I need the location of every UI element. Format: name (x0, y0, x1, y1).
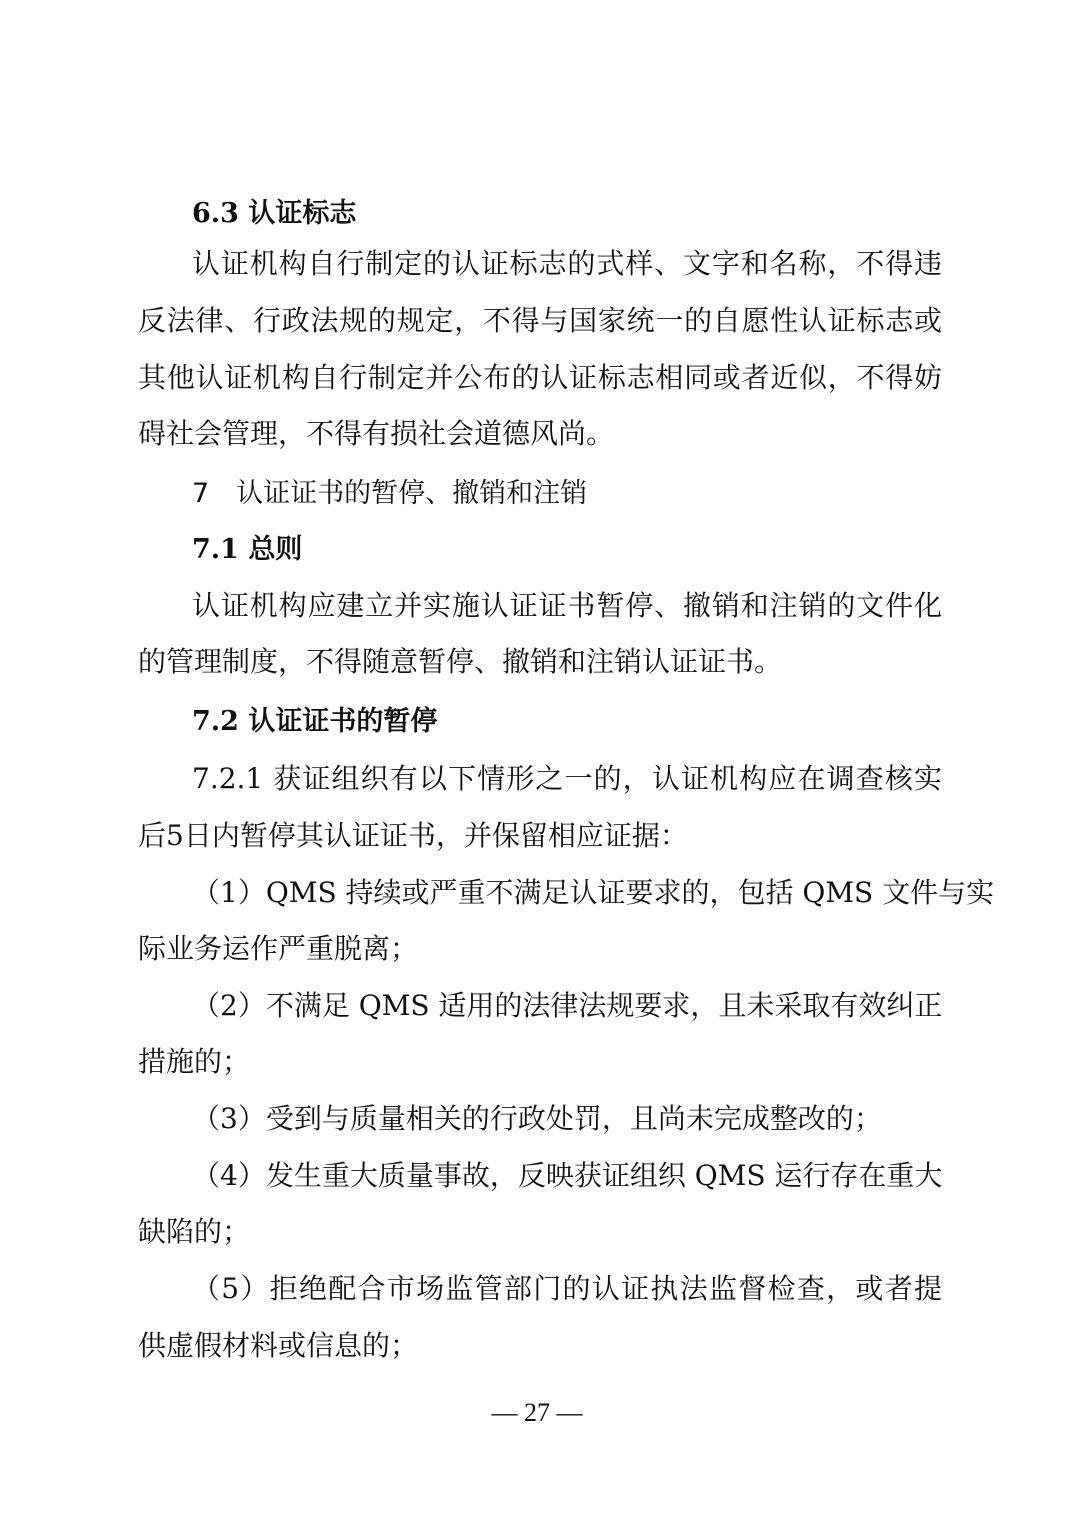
list-item-5: （5）拒绝配合市场监管部门的认证执法监督检查，或者提 (192, 1271, 942, 1307)
list-item-5-cont: 供虚假材料或信息的； (138, 1328, 942, 1364)
paragraph-line: 碍社会管理，不得有损社会道德风尚。 (138, 416, 942, 452)
paragraph-line: 认证机构应建立并实施认证证书暂停、撤销和注销的文件化 (192, 588, 942, 624)
list-item-1-cont: 际业务运作严重脱离； (138, 931, 942, 967)
list-item-4: （4）发生重大质量事故，反映获证组织 QMS 运行存在重大 (192, 1158, 942, 1194)
paragraph-line: 认证机构自行制定的认证标志的式样、文字和名称，不得违 (192, 246, 942, 282)
paragraph-line: 反法律、行政法规的规定，不得与国家统一的自愿性认证标志或 (138, 303, 942, 339)
page-number: — 27 — (0, 1398, 1074, 1428)
list-item-4-cont: 缺陷的； (138, 1214, 942, 1250)
heading-7: 7 认证证书的暂停、撤销和注销 (192, 476, 942, 512)
list-item-2: （2）不满足 QMS 适用的法律法规要求，且未采取有效纠正 (192, 988, 942, 1024)
heading-6-3: 6.3 认证标志 (192, 196, 942, 232)
paragraph-line: 其他认证机构自行制定并公布的认证标志相同或者近似，不得妨 (138, 360, 942, 396)
clause-7-2-1-line: 7.2.1 获证组织有以下情形之一的，认证机构应在调查核实 (192, 761, 942, 797)
list-item-1: （1）QMS 持续或严重不满足认证要求的，包括 QMS 文件与实 (192, 875, 942, 911)
list-item-2-cont: 措施的； (138, 1044, 942, 1080)
paragraph-line: 的管理制度，不得随意暂停、撤销和注销认证证书。 (138, 644, 942, 680)
clause-7-2-1-line: 后5日内暂停其认证证书，并保留相应证据： (138, 818, 942, 854)
heading-7-1: 7.1 总则 (192, 532, 942, 568)
list-item-3: （3）受到与质量相关的行政处罚，且尚未完成整改的； (192, 1101, 942, 1137)
heading-7-2: 7.2 认证证书的暂停 (192, 704, 942, 740)
